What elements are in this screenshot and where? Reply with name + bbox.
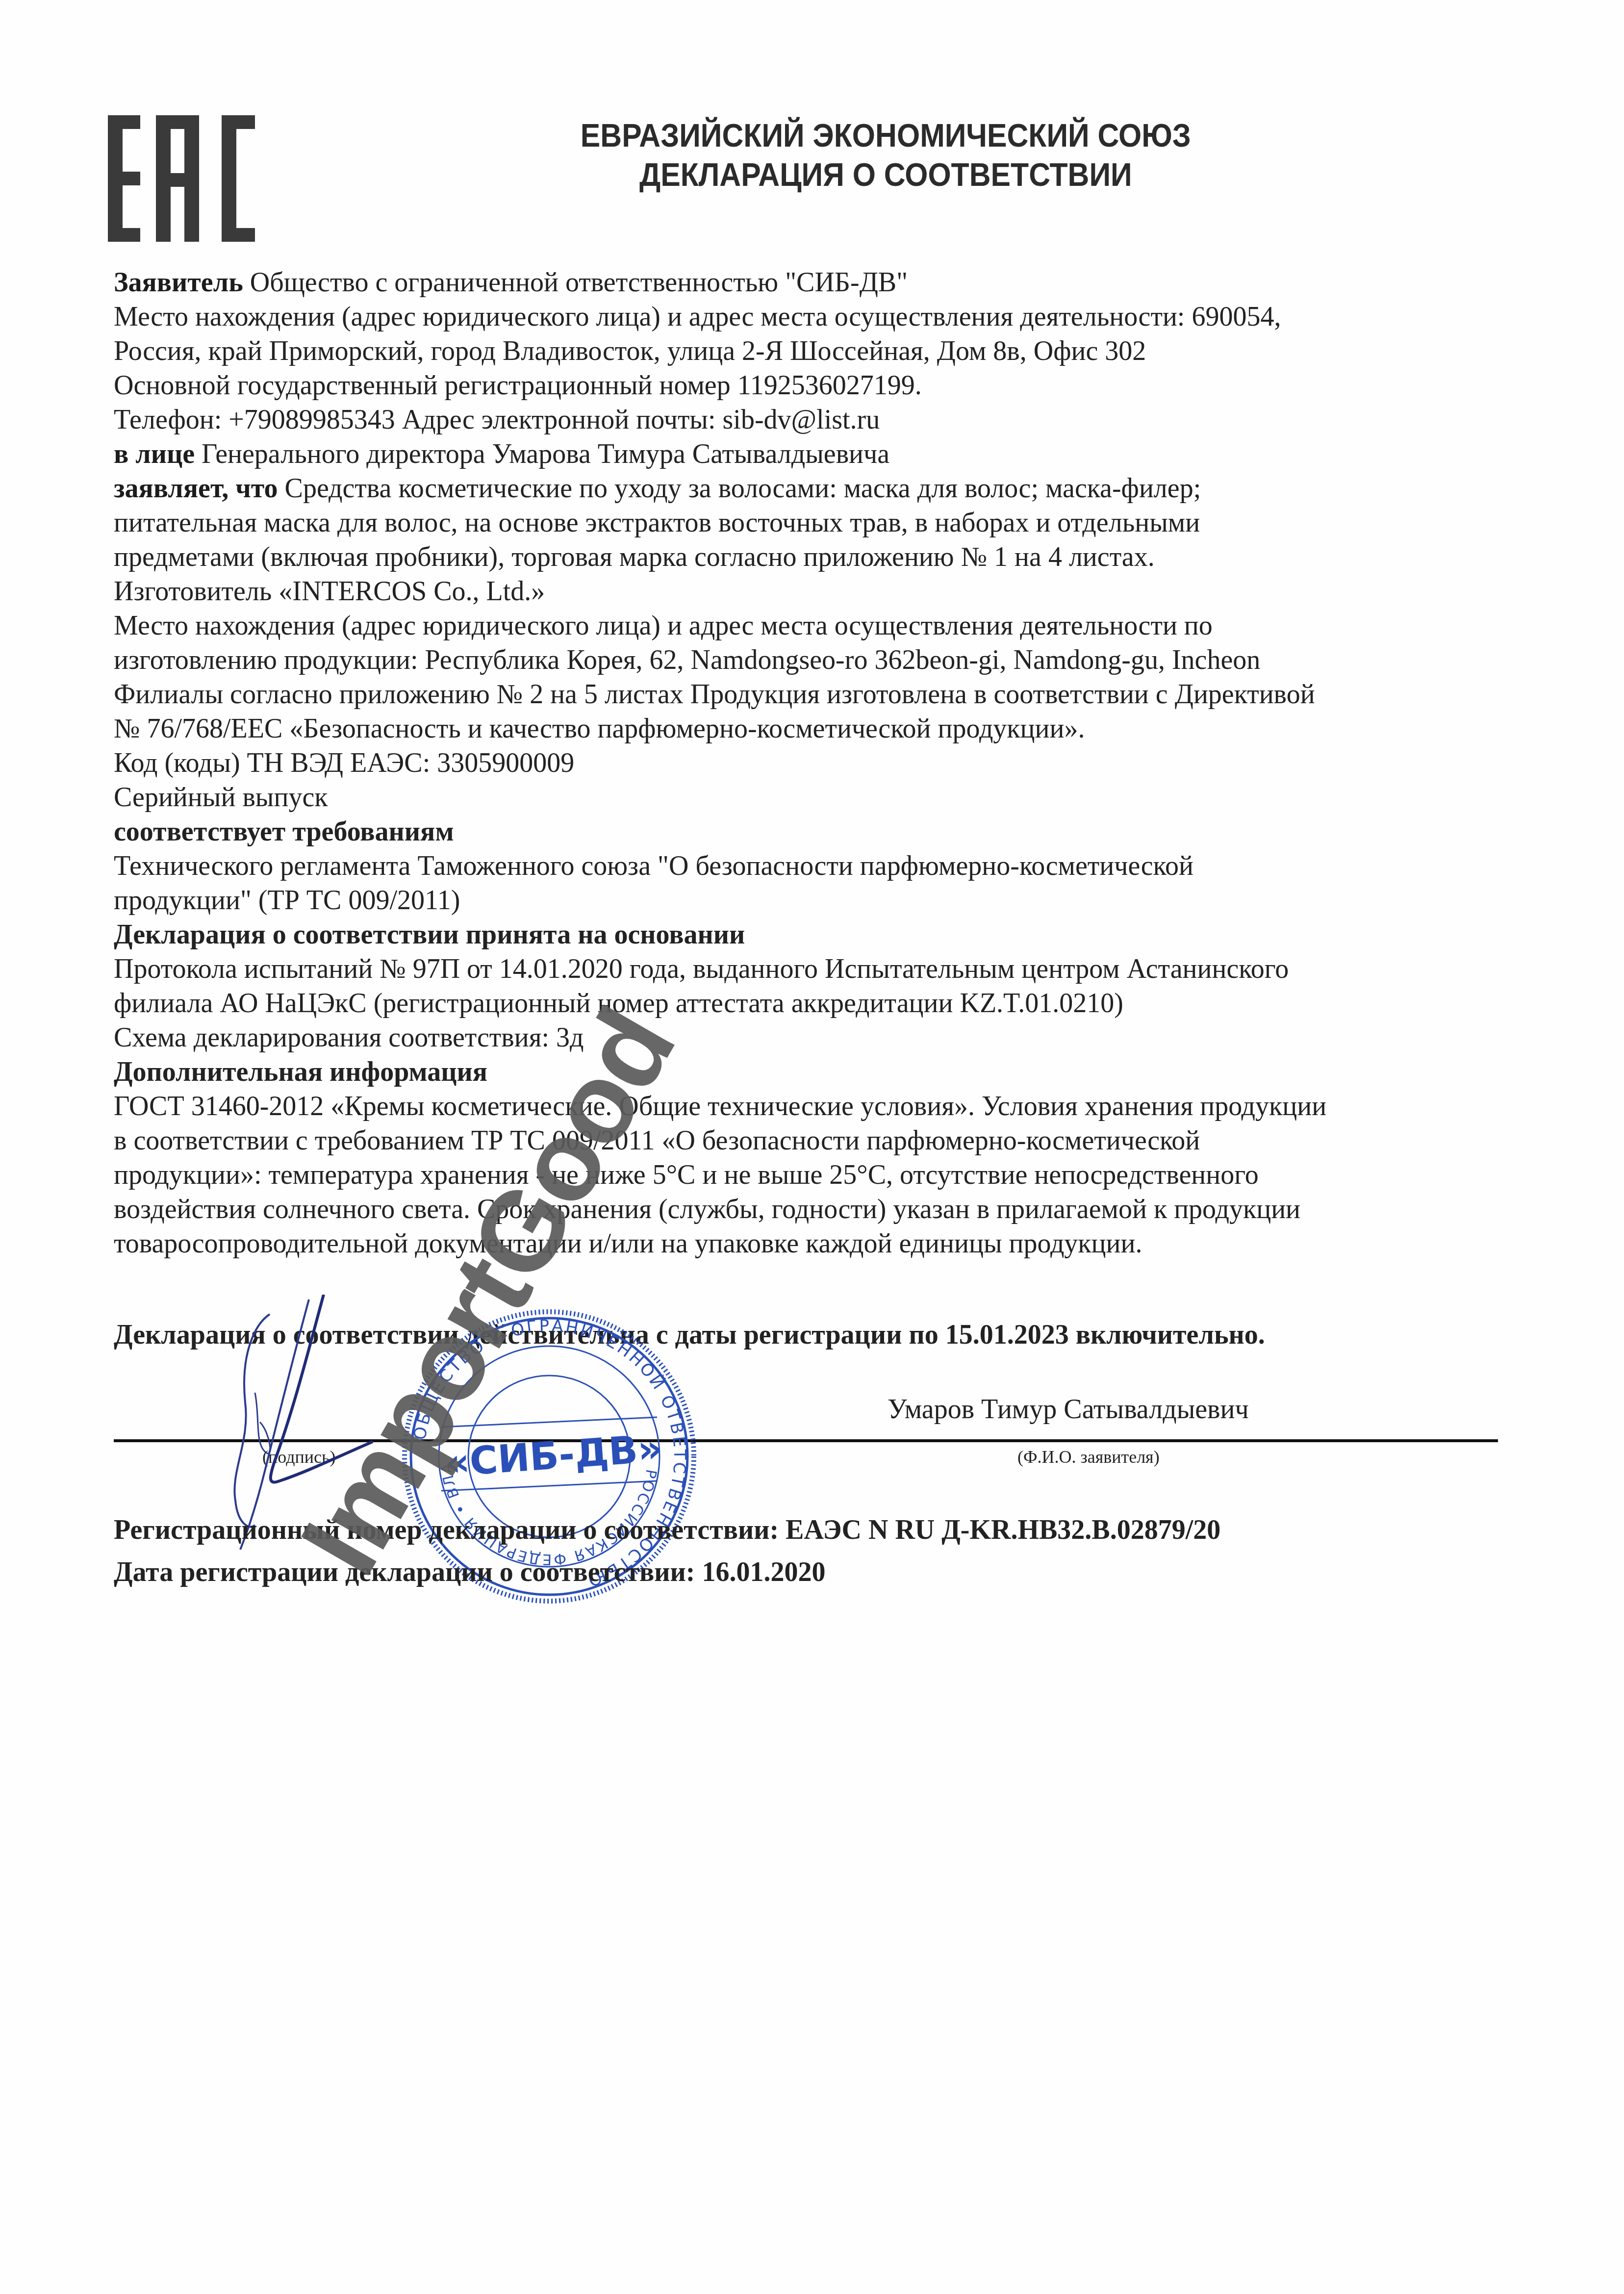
manufacturer: Изготовитель «INTERCOS Co., Ltd.» (114, 578, 545, 605)
branches-line2: № 76/768/ЕЕС «Безопасность и качество па… (114, 715, 1085, 742)
branches-line1: Филиалы согласно приложению № 2 на 5 лис… (114, 681, 1315, 708)
document-title: ДЕКЛАРАЦИЯ О СООТВЕТСТВИИ (71, 156, 1565, 193)
product-line3: предметами (включая пробники), торговая … (114, 543, 1155, 571)
represented-label: в лице (114, 439, 195, 469)
name-caption: (Ф.И.О. заявителя) (1017, 1447, 1160, 1467)
basis-line1: Протокола испытаний № 97П от 14.01.2020 … (114, 955, 1289, 983)
represented-by-line: в лице Генерального директора Умарова Ти… (114, 440, 889, 468)
applicant-contacts: Телефон: +79089985343 Адрес электронной … (114, 406, 880, 433)
requirements-heading: соответствует требованиям (114, 818, 454, 845)
represented-name: Генерального директора Умарова Тимура Са… (195, 439, 889, 469)
declaration-page: ЕВРАЗИЙСКИЙ ЭКОНОМИЧЕСКИЙ СОЮЗ ДЕКЛАРАЦИ… (0, 0, 1624, 2294)
manufacturer-address-line2: изготовлению продукции: Республика Корея… (114, 646, 1260, 674)
applicant-label: Заявитель (114, 267, 243, 298)
additional-line5: товаросопроводительной документации и/ил… (114, 1230, 1142, 1257)
additional-heading: Дополнительная информация (114, 1058, 487, 1086)
product-text: Средства косметические по уходу за волос… (278, 473, 1201, 504)
requirements-line2: продукции" (ТР ТС 009/2011) (114, 887, 460, 914)
applicant-line: Заявитель Общество с ограниченной ответс… (114, 269, 908, 296)
declares-label: заявляет, что (114, 473, 278, 504)
requirements-line1: Технического регламента Таможенного союз… (114, 852, 1193, 880)
union-title: ЕВРАЗИЙСКИЙ ЭКОНОМИЧЕСКИЙ СОЮЗ (71, 117, 1565, 154)
applicant-full-name: Умаров Тимур Сатывалдыевич (888, 1394, 1249, 1425)
additional-line2: в соответствии с требованием ТР ТС 009/2… (114, 1127, 1200, 1154)
additional-line3: продукции»: температура хранения - не ни… (114, 1161, 1259, 1189)
additional-line1: ГОСТ 31460-2012 «Кремы косметические. Об… (114, 1093, 1326, 1120)
applicant-address-line2: Россия, край Приморский, город Владивост… (114, 337, 1146, 365)
additional-line4: воздействия солнечного света. Срок хране… (114, 1196, 1300, 1223)
applicant-ogrn: Основной государственный регистрационный… (114, 372, 922, 399)
declaration-scheme: Схема декларирования соответствия: 3д (114, 1024, 584, 1051)
manufacturer-address-line1: Место нахождения (адрес юридического лиц… (114, 612, 1213, 639)
basis-heading: Декларация о соответствии принята на осн… (114, 921, 745, 948)
product-line2: питательная маска для волос, на основе э… (114, 509, 1200, 536)
applicant-address-line1: Место нахождения (адрес юридического лиц… (114, 303, 1281, 331)
product-line1: заявляет, что Средства косметические по … (114, 475, 1201, 502)
release-type: Серийный выпуск (114, 784, 328, 811)
registration-date: Дата регистрации декларации о соответств… (114, 1558, 825, 1586)
tn-ved-code: Код (коды) ТН ВЭД ЕАЭС: 3305900009 (114, 749, 574, 777)
applicant-name: Общество с ограниченной ответственностью… (243, 267, 908, 298)
